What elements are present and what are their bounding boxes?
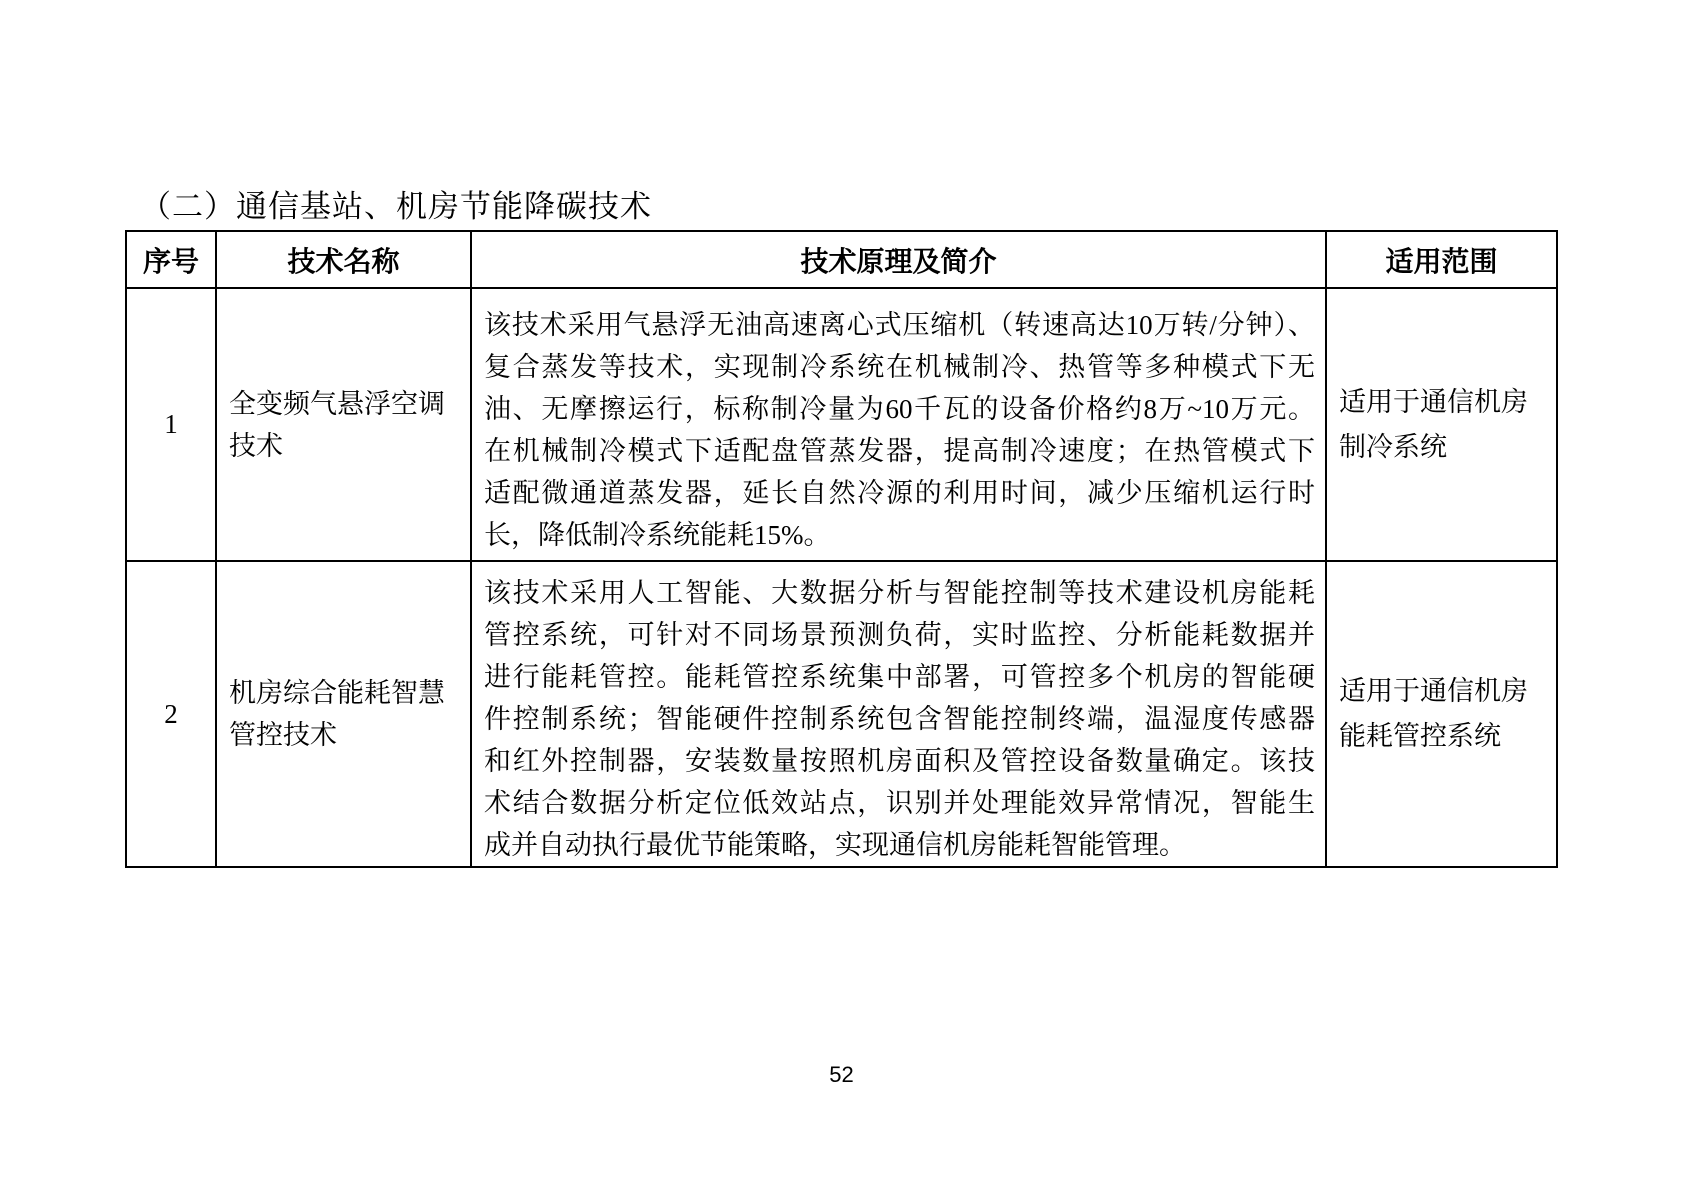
header-cell-technology-name: 技术名称 — [216, 231, 471, 288]
name-line: 全变频气悬浮空调 — [229, 383, 464, 425]
desc-line: 适配微通道蒸发器，延长自然冷源的利用时间，减少压缩机运行时 — [484, 472, 1315, 514]
page-number: 52 — [0, 1062, 1683, 1088]
desc-line: 该技术采用气悬浮无油高速离心式压缩机（转速高达10万转/分钟）、 — [484, 304, 1315, 346]
scope-line: 能耗管控系统 — [1339, 714, 1550, 759]
desc-line: 油、无摩擦运行，标称制冷量为60千瓦的设备价格约8万~10万元。 — [484, 388, 1315, 430]
desc-line: 成并自动执行最优节能策略，实现通信机房能耗智能管理。 — [484, 824, 1315, 866]
desc-line: 该技术采用人工智能、大数据分析与智能控制等技术建设机房能耗 — [484, 572, 1315, 614]
desc-line: 管控系统，可针对不同场景预测负荷，实时监控、分析能耗数据并 — [484, 614, 1315, 656]
name-line: 管控技术 — [229, 714, 464, 756]
desc-line: 术结合数据分析定位低效站点，识别并处理能效异常情况，智能生 — [484, 782, 1315, 824]
technology-table: 序号 技术名称 技术原理及简介 适用范围 1 全变频气悬浮空调 技术 该技术采用… — [125, 230, 1558, 868]
desc-line: 在机械制冷模式下适配盘管蒸发器，提高制冷速度；在热管模式下 — [484, 430, 1315, 472]
cell-applicable-scope: 适用于通信机房 能耗管控系统 — [1326, 561, 1557, 867]
table-header-row: 序号 技术名称 技术原理及简介 适用范围 — [126, 231, 1557, 288]
cell-principle-intro: 该技术采用人工智能、大数据分析与智能控制等技术建设机房能耗 管控系统，可针对不同… — [471, 561, 1326, 867]
desc-line: 进行能耗管控。能耗管控系统集中部署，可管控多个机房的智能硬 — [484, 656, 1315, 698]
header-cell-principle-intro: 技术原理及简介 — [471, 231, 1326, 288]
name-line: 机房综合能耗智慧 — [229, 672, 464, 714]
table-row: 2 机房综合能耗智慧 管控技术 该技术采用人工智能、大数据分析与智能控制等技术建… — [126, 561, 1557, 867]
cell-applicable-scope: 适用于通信机房 制冷系统 — [1326, 288, 1557, 561]
scope-line: 制冷系统 — [1339, 425, 1550, 470]
cell-serial-number: 1 — [126, 288, 216, 561]
desc-line: 和红外控制器，安装数量按照机房面积及管控设备数量确定。该技 — [484, 740, 1315, 782]
desc-line: 长，降低制冷系统能耗15%。 — [484, 514, 1315, 556]
header-cell-applicable-scope: 适用范围 — [1326, 231, 1557, 288]
cell-technology-name: 全变频气悬浮空调 技术 — [216, 288, 471, 561]
section-heading: （二）通信基站、机房节能降碳技术 — [140, 181, 652, 226]
desc-line: 复合蒸发等技术，实现制冷系统在机械制冷、热管等多种模式下无 — [484, 346, 1315, 388]
desc-line: 件控制系统；智能硬件控制系统包含智能控制终端，温湿度传感器 — [484, 698, 1315, 740]
name-line: 技术 — [229, 425, 464, 467]
table-row: 1 全变频气悬浮空调 技术 该技术采用气悬浮无油高速离心式压缩机（转速高达10万… — [126, 288, 1557, 561]
cell-principle-intro: 该技术采用气悬浮无油高速离心式压缩机（转速高达10万转/分钟）、 复合蒸发等技术… — [471, 288, 1326, 561]
scope-line: 适用于通信机房 — [1339, 669, 1550, 714]
header-cell-serial-number: 序号 — [126, 231, 216, 288]
cell-serial-number: 2 — [126, 561, 216, 867]
scope-line: 适用于通信机房 — [1339, 380, 1550, 425]
cell-technology-name: 机房综合能耗智慧 管控技术 — [216, 561, 471, 867]
